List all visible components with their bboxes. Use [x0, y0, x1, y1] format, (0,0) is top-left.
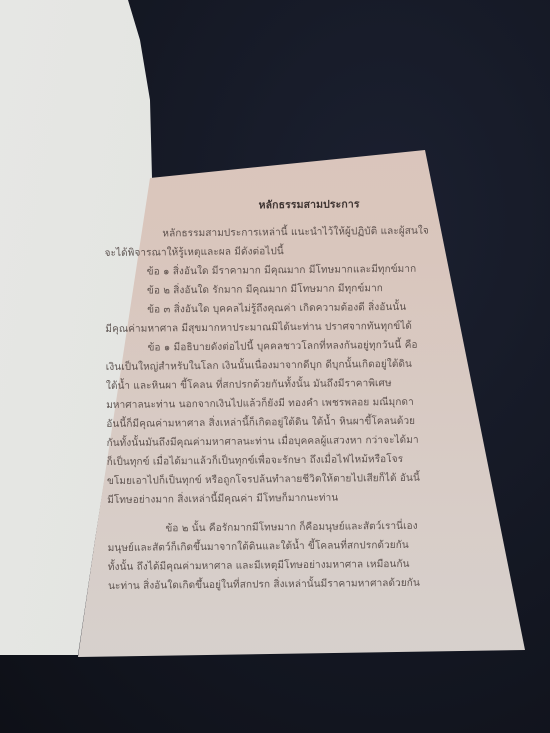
text-line: มีโทษอย่างมาก สิ่งเหล่านี้มีคุณค่า มีโทษ…: [107, 487, 457, 510]
photo-scene: หลักธรรมสามประการ หลักธรรมสามประการเหล่า…: [0, 0, 550, 733]
page-title: หลักธรรมสามประการ: [164, 194, 454, 216]
text-line: นะท่าน สิ่งอันใดเกิดขึ้นอยู่ในที่สกปรก ส…: [108, 573, 458, 596]
page-text-block: หลักธรรมสามประการ หลักธรรมสามประการเหล่า…: [104, 194, 458, 596]
